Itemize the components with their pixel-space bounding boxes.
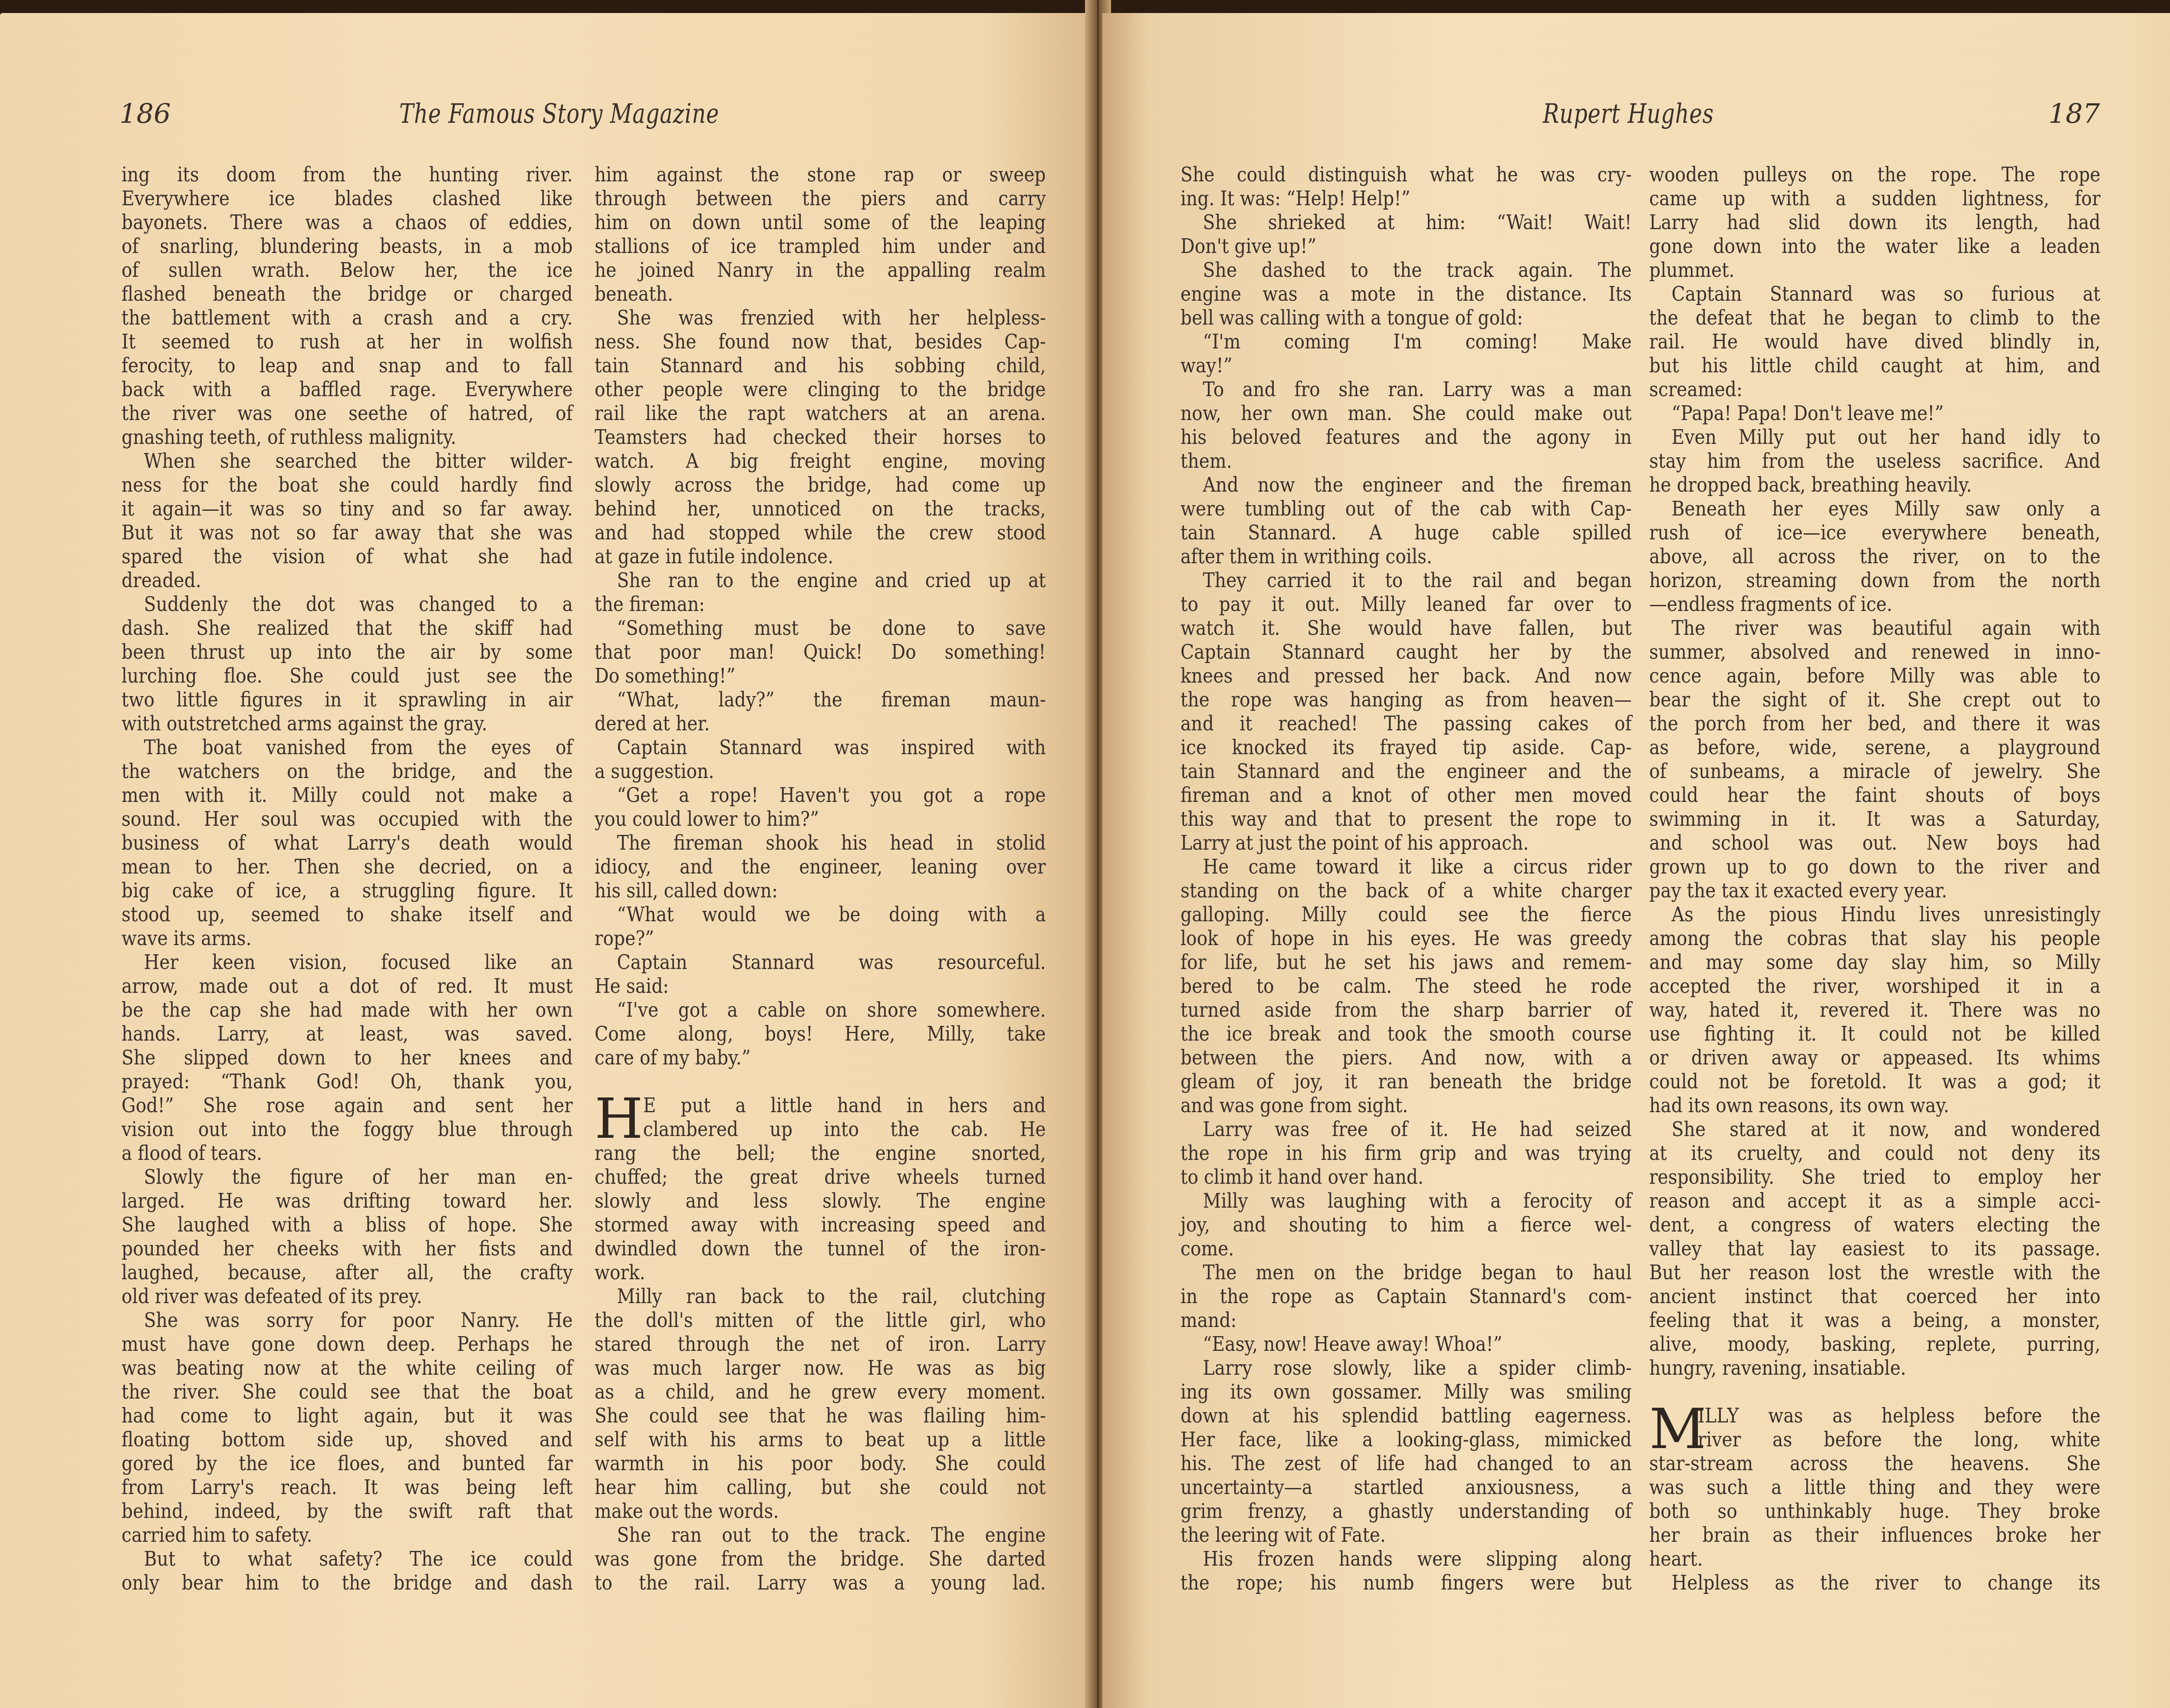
text-line: came up with a sudden lightness, for xyxy=(1649,187,2101,210)
text-line: grim frenzy, a ghastly understanding of xyxy=(1180,1499,1632,1523)
text-line: tain Stannard. A huge cable spilled xyxy=(1180,521,1632,545)
text-line: could not be foretold. It was a god; it xyxy=(1649,1070,2101,1094)
text-line: Captain Stannard was inspired with xyxy=(595,736,1046,759)
text-line: sound. Her soul was occupied with the xyxy=(122,807,573,831)
text-line: He came toward it like a circus rider xyxy=(1180,855,1632,879)
text-line: after them in writhing coils. xyxy=(1180,545,1632,568)
text-line: To and fro she ran. Larry was a man xyxy=(1180,378,1632,401)
text-line: floating bottom side up, shoved and xyxy=(122,1428,573,1452)
text-line: Even Milly put out her hand idly to xyxy=(1649,425,2101,449)
text-line: Larry at just the point of his approach. xyxy=(1180,831,1632,855)
text-line: grown up to go down to the river and xyxy=(1649,855,2101,879)
text-line: —endless fragments of ice. xyxy=(1649,592,2101,616)
text-line: and school was out. New boys had xyxy=(1649,831,2101,855)
running-head-left: The Famous Story Magazine xyxy=(399,98,719,129)
text-line: But to what safety? The ice could xyxy=(122,1547,573,1571)
text-line: dered at her. xyxy=(595,712,1046,736)
right-page-column-1: She could distinguish what he was cry-in… xyxy=(1180,163,1632,1595)
text-line: She ran to the engine and cried up at xyxy=(595,568,1046,592)
text-line: watch. A big freight engine, moving xyxy=(595,449,1046,473)
text-line: tain Stannard and his sobbing child, xyxy=(595,354,1046,378)
page-number-right: 187 xyxy=(2048,98,2100,129)
text-line: at its cruelty, and could not deny its xyxy=(1649,1141,2101,1165)
text-line: river as before the long, white xyxy=(1649,1428,2101,1452)
text-line: gone down into the water like a leaden xyxy=(1649,234,2101,258)
text-line: both so unthinkably huge. They broke xyxy=(1649,1499,2101,1523)
text-line: of sullen wrath. Below her, the ice xyxy=(122,258,573,282)
text-line: above, all across the river, on to the xyxy=(1649,545,2101,568)
text-line: for life, but he set his jaws and remem- xyxy=(1180,950,1632,974)
text-line: bear the sight of it. She crept out to xyxy=(1649,688,2101,712)
text-line: watch it. She would have fallen, but xyxy=(1180,616,1632,640)
text-line: the ice break and took the smooth course xyxy=(1180,1022,1632,1046)
text-line: “Get a rope! Haven't you got a rope xyxy=(595,783,1046,807)
text-line: two little figures in it sprawling in ai… xyxy=(122,688,573,712)
text-line: make out the words. xyxy=(595,1499,1046,1523)
text-line: other people were clinging to the bridge xyxy=(595,378,1046,401)
text-line: Her keen vision, focused like an xyxy=(122,950,573,974)
text-line: He said: xyxy=(595,974,1046,998)
text-line: plummet. xyxy=(1649,258,2101,282)
text-line: ing its own gossamer. Milly was smiling xyxy=(1180,1380,1632,1404)
text-line: the doll's mitten of the little girl, wh… xyxy=(595,1308,1046,1332)
text-line: vision out into the foggy blue through xyxy=(122,1117,573,1141)
text-line: prayed: “Thank God! Oh, thank you, xyxy=(122,1070,573,1094)
text-line: was such a little thing and they were xyxy=(1649,1475,2101,1499)
text-line: hands. Larry, at least, was saved. xyxy=(122,1022,573,1046)
text-line: the rope in his firm grip and was trying xyxy=(1180,1141,1632,1165)
text-line: When she searched the bitter wilder- xyxy=(122,449,573,473)
text-line: be the cap she had made with her own xyxy=(122,998,573,1022)
text-line: this way and that to present the rope to xyxy=(1180,807,1632,831)
text-line: They carried it to the rail and began xyxy=(1180,568,1632,592)
text-line: Come along, boys! Here, Milly, take xyxy=(595,1022,1046,1046)
text-line: stared through the net of iron. Larry xyxy=(595,1332,1046,1356)
text-line: swimming in it. It was a Saturday, xyxy=(1649,807,2101,831)
text-line: the river. She could see that the boat xyxy=(122,1380,573,1404)
text-line: Slowly the figure of her man en- xyxy=(122,1165,573,1189)
text-line: rope?” xyxy=(595,926,1046,950)
text-line: engine was a mote in the distance. Its xyxy=(1180,282,1632,306)
text-line: could hear the faint shouts of boys xyxy=(1649,783,2101,807)
text-line: “Something must be done to save xyxy=(595,616,1046,640)
text-line: laughed, because, after all, the crafty xyxy=(122,1261,573,1284)
text-line: of snarling, blundering beasts, in a mob xyxy=(122,234,573,258)
left-page: 186 The Famous Story Magazine ing its do… xyxy=(0,13,1094,1708)
text-line: gored by the ice floes, and bunted far xyxy=(122,1452,573,1475)
text-line: Larry had slid down its length, had xyxy=(1649,210,2101,234)
text-line: old river was defeated of its prey. xyxy=(122,1284,573,1308)
text-line: gleam of joy, it ran beneath the bridge xyxy=(1180,1070,1632,1094)
text-line: Captain Stannard was so furious at xyxy=(1649,282,2101,306)
text-line: She could see that he was flailing him- xyxy=(595,1404,1046,1428)
text-line: stood up, seemed to shake itself and xyxy=(122,903,573,926)
left-page-column-1: ing its doom from the hunting river.Ever… xyxy=(122,163,573,1595)
text-line: the porch from her bed, and there it was xyxy=(1649,712,2101,736)
text-line: business of what Larry's death would xyxy=(122,831,573,855)
text-line: a suggestion. xyxy=(595,759,1046,783)
text-line: from Larry's reach. It was being left xyxy=(122,1475,573,1499)
text-line: in the rope as Captain Stannard's com- xyxy=(1180,1284,1632,1308)
text-line: “What, lady?” the fireman maun- xyxy=(595,688,1046,712)
text-line: turned aside from the sharp barrier of xyxy=(1180,998,1632,1022)
text-line: and it reached! The passing cakes of xyxy=(1180,712,1632,736)
text-line: and had stopped while the crew stood xyxy=(595,521,1046,545)
text-line: horizon, streaming down from the north xyxy=(1649,568,2101,592)
text-line: behind her, unnoticed on the tracks, xyxy=(595,497,1046,521)
text-line: heart. xyxy=(1649,1547,2101,1571)
text-line: Beneath her eyes Milly saw only a xyxy=(1649,497,2101,521)
text-line: accepted the river, worshiped it in a xyxy=(1649,974,2101,998)
text-line: His frozen hands were slipping along xyxy=(1180,1547,1632,1571)
text-line: work. xyxy=(595,1261,1046,1284)
text-line: the leering wit of Fate. xyxy=(1180,1523,1632,1547)
text-line: She shrieked at him: “Wait! Wait! xyxy=(1180,210,1632,234)
text-line: summer, absolved and renewed in inno- xyxy=(1649,640,2101,664)
text-line: as a child, and he grew every moment. xyxy=(595,1380,1046,1404)
text-line: Her face, like a looking-glass, mimicked xyxy=(1180,1428,1632,1452)
text-line: was much larger now. He was as big xyxy=(595,1356,1046,1380)
text-line: The men on the bridge began to haul xyxy=(1180,1261,1632,1284)
text-line: slowly across the bridge, had come up xyxy=(595,473,1046,497)
text-line: him on down until some of the leaping xyxy=(595,210,1046,234)
text-line: the river was one seethe of hatred, of xyxy=(122,401,573,425)
text-line: dent, a congress of waters electing the xyxy=(1649,1213,2101,1237)
text-line: The fireman shook his head in stolid xyxy=(595,831,1046,855)
text-line: dash. She realized that the skiff had xyxy=(122,616,573,640)
text-line: was gone from the bridge. She darted xyxy=(595,1547,1046,1571)
text-line: way, hated it, revered it. There was no xyxy=(1649,998,2101,1022)
text-line: slowly and less slowly. The engine xyxy=(595,1189,1046,1213)
text-line: E put a little hand in hers and xyxy=(595,1094,1046,1117)
text-line: joy, and shouting to him a fierce wel- xyxy=(1180,1213,1632,1237)
running-head-right: Rupert Hughes xyxy=(1543,98,1714,129)
text-line: “Easy, now! Heave away! Whoa!” xyxy=(1180,1332,1632,1356)
text-line: ness. She found now that, besides Cap- xyxy=(595,330,1046,354)
text-line: that poor man! Quick! Do something! xyxy=(595,640,1046,664)
text-line: them. xyxy=(1180,449,1632,473)
text-line: must have gone down deep. Perhaps he xyxy=(122,1332,573,1356)
text-line: had come to light again, but it was xyxy=(122,1404,573,1428)
text-line: ice knocked its frayed tip aside. Cap- xyxy=(1180,736,1632,759)
text-line: only bear him to the bridge and dash xyxy=(122,1571,573,1595)
text-line: galloping. Milly could see the fierce xyxy=(1180,903,1632,926)
text-line: mean to her. Then she decried, on a xyxy=(122,855,573,879)
text-line: and was gone from sight. xyxy=(1180,1094,1632,1117)
text-line: but his little child caught at him, and xyxy=(1649,354,2101,378)
text-line: the watchers on the bridge, and the xyxy=(122,759,573,783)
text-line: Larry rose slowly, like a spider climb- xyxy=(1180,1356,1632,1380)
text-line: She was sorry for poor Nanry. He xyxy=(122,1308,573,1332)
text-line: or driven away or appeased. Its whims xyxy=(1649,1046,2101,1070)
text-line: his sill, called down: xyxy=(595,879,1046,903)
text-line: the battlement with a crash and a cry. xyxy=(122,306,573,330)
text-line: rail. He would have dived blindly in, xyxy=(1649,330,2101,354)
text-line: now, her own man. She could make out xyxy=(1180,401,1632,425)
text-line: idiocy, and the engineer, leaning over xyxy=(595,855,1046,879)
text-line: were tumbling out of the cab with Cap- xyxy=(1180,497,1632,521)
text-line: rush of ice—ice everywhere beneath, xyxy=(1649,521,2101,545)
text-line: uncertainty—a startled anxiousness, a xyxy=(1180,1475,1632,1499)
text-line: his beloved features and the agony in xyxy=(1180,425,1632,449)
magazine-spread: 186 The Famous Story Magazine ing its do… xyxy=(0,0,2170,1708)
text-line: And now the engineer and the fireman xyxy=(1180,473,1632,497)
text-line: lurching floe. She could just see the xyxy=(122,664,573,688)
text-line: “I'm coming I'm coming! Make xyxy=(1180,330,1632,354)
text-line: it again—it was so tiny and so far away. xyxy=(122,497,573,521)
text-line: rang the bell; the engine snorted, xyxy=(595,1141,1046,1165)
text-line: a flood of tears. xyxy=(122,1141,573,1165)
text-line: arrow, made out a dot of red. It must xyxy=(122,974,573,998)
text-line: She slipped down to her knees and xyxy=(122,1046,573,1070)
text-line: She dashed to the track again. The xyxy=(1180,258,1632,282)
text-line: Everywhere ice blades clashed like xyxy=(122,187,573,210)
text-line: her brain as their influences broke her xyxy=(1649,1523,2101,1547)
text-line: wave its arms. xyxy=(122,926,573,950)
text-line: back with a baffled rage. Everywhere xyxy=(122,378,573,401)
text-line: spared the vision of what she had xyxy=(122,545,573,568)
text-line: men with it. Milly could not make a xyxy=(122,783,573,807)
text-line: Larry was free of it. He had seized xyxy=(1180,1117,1632,1141)
text-line: was beating now at the white ceiling of xyxy=(122,1356,573,1380)
text-line: She could distinguish what he was cry- xyxy=(1180,163,1632,187)
text-line: he joined Nanry in the appalling realm xyxy=(595,258,1046,282)
text-line: and may some day slay him, so Milly xyxy=(1649,950,2101,974)
text-line: hear him calling, but she could not xyxy=(595,1475,1046,1499)
text-line: Milly ran back to the rail, clutching xyxy=(595,1284,1046,1308)
text-line: star-stream across the heavens. She xyxy=(1649,1452,2101,1475)
text-line: Don't give up!” xyxy=(1180,234,1632,258)
text-line: pay the tax it exacted every year. xyxy=(1649,879,2101,903)
text-line: bell was calling with a tongue of gold: xyxy=(1180,306,1632,330)
text-line: She was frenzied with her helpless- xyxy=(595,306,1046,330)
text-line: to pay it out. Milly leaned far over to xyxy=(1180,592,1632,616)
text-line: you could lower to him?” xyxy=(595,807,1046,831)
text-line: among the cobras that slay his people xyxy=(1649,926,2101,950)
text-line: rail like the rapt watchers at an arena. xyxy=(595,401,1046,425)
text-line: Captain Stannard was resourceful. xyxy=(595,950,1046,974)
text-line: She ran out to the track. The engine xyxy=(595,1523,1046,1547)
text-line: the rope was hanging as from heaven— xyxy=(1180,688,1632,712)
text-line: his. The zest of life had changed to an xyxy=(1180,1452,1632,1475)
text-line: carried him to safety. xyxy=(122,1523,573,1547)
text-line: down at his splendid battling eagerness. xyxy=(1180,1404,1632,1428)
text-line: stallions of ice trampled him under and xyxy=(595,234,1046,258)
text-line: Do something!” xyxy=(595,664,1046,688)
text-line: screamed: xyxy=(1649,378,2101,401)
text-line: way!” xyxy=(1180,354,1632,378)
text-line: warmth in his poor body. She could xyxy=(595,1452,1046,1475)
text-line: the fireman: xyxy=(595,592,1046,616)
text-line: She stared at it now, and wondered xyxy=(1649,1117,2101,1141)
text-line: beneath. xyxy=(595,282,1046,306)
text-line: with outstretched arms against the gray. xyxy=(122,712,573,736)
text-line: She laughed with a bliss of hope. She xyxy=(122,1213,573,1237)
text-line: But her reason lost the wrestle with the xyxy=(1649,1261,2101,1284)
text-line: chuffed; the great drive wheels turned xyxy=(595,1165,1046,1189)
text-line: flashed beneath the bridge or charged xyxy=(122,282,573,306)
text-line: behind, indeed, by the swift raft that xyxy=(122,1499,573,1523)
text-line: Helpless as the river to change its xyxy=(1649,1571,2101,1595)
section-opening: HE put a little hand in hers andclambere… xyxy=(595,1094,1046,1141)
text-line: knees and pressed her back. And now xyxy=(1180,664,1632,688)
text-line: ing. It was: “Help! Help!” xyxy=(1180,187,1632,210)
text-line: to the rail. Larry was a young lad. xyxy=(595,1571,1046,1595)
text-line: tain Stannard and the engineer and the xyxy=(1180,759,1632,783)
text-line: larged. He was drifting toward her. xyxy=(122,1189,573,1213)
text-line: ferocity, to leap and snap and to fall xyxy=(122,354,573,378)
text-line: fireman and a knot of other men moved xyxy=(1180,783,1632,807)
text-line: look of hope in his eyes. He was greedy xyxy=(1180,926,1632,950)
text-line: big cake of ice, a struggling figure. It xyxy=(122,879,573,903)
left-page-column-2: him against the stone rap or sweepthroug… xyxy=(595,163,1046,1595)
text-line: reason and accept it as a simple acci- xyxy=(1649,1189,2101,1213)
text-line: Captain Stannard caught her by the xyxy=(1180,640,1632,664)
section-break xyxy=(1649,1380,2101,1404)
text-line: wooden pulleys on the rope. The rope xyxy=(1649,163,2101,187)
text-line: standing on the back of a white charger xyxy=(1180,879,1632,903)
text-line: Suddenly the dot was changed to a xyxy=(122,592,573,616)
text-line: valley that lay easiest to its passage. xyxy=(1649,1237,2101,1261)
text-line: ancient instinct that coerced her into xyxy=(1649,1284,2101,1308)
text-line: bered to be calm. The steed he rode xyxy=(1180,974,1632,998)
text-line: feeling that it was a being, a monster, xyxy=(1649,1308,2101,1332)
text-line: alive, moody, basking, replete, purring, xyxy=(1649,1332,2101,1356)
text-line: to climb it hand over hand. xyxy=(1180,1165,1632,1189)
text-line: responsibility. She tried to employ her xyxy=(1649,1165,2101,1189)
text-line: dwindled down the tunnel of the iron- xyxy=(595,1237,1046,1261)
text-line: hungry, ravening, insatiable. xyxy=(1649,1356,2101,1380)
text-line: as before, wide, serene, a playground xyxy=(1649,736,2101,759)
text-line: stormed away with increasing speed and xyxy=(595,1213,1046,1237)
text-line: clambered up into the cab. He xyxy=(595,1117,1046,1141)
text-line: gnashing teeth, of ruthless malignity. xyxy=(122,425,573,449)
text-line: cence again, before Milly was able to xyxy=(1649,664,2101,688)
text-line: he dropped back, breathing heavily. xyxy=(1649,473,2101,497)
text-line: between the piers. And now, with a xyxy=(1180,1046,1632,1070)
section-break xyxy=(595,1070,1046,1094)
text-line: The boat vanished from the eyes of xyxy=(122,736,573,759)
text-line: Milly was laughing with a ferocity of xyxy=(1180,1189,1632,1213)
text-line: bayonets. There was a chaos of eddies, xyxy=(122,210,573,234)
text-line: at gaze in futile indolence. xyxy=(595,545,1046,568)
text-line: It seemed to rush at her in wolfish xyxy=(122,330,573,354)
text-line: through between the piers and carry xyxy=(595,187,1046,210)
text-line: ing its doom from the hunting river. xyxy=(122,163,573,187)
text-line: use fighting it. It could not be killed xyxy=(1649,1022,2101,1046)
text-line: care of my baby.” xyxy=(595,1046,1046,1070)
text-line: dreaded. xyxy=(122,568,573,592)
text-line: of sunbeams, a miracle of jewelry. She xyxy=(1649,759,2101,783)
text-line: come. xyxy=(1180,1237,1632,1261)
page-number-left: 186 xyxy=(119,98,171,129)
text-line: “What would we be doing with a xyxy=(595,903,1046,926)
text-line: the defeat that he began to climb to the xyxy=(1649,306,2101,330)
text-line: mand: xyxy=(1180,1308,1632,1332)
text-line: Teamsters had checked their horses to xyxy=(595,425,1046,449)
text-line: The river was beautiful again with xyxy=(1649,616,2101,640)
text-line: ness for the boat she could hardly find xyxy=(122,473,573,497)
right-page: Rupert Hughes 187 She could distinguish … xyxy=(1102,13,2170,1708)
text-line: “Papa! Papa! Don't leave me!” xyxy=(1649,401,2101,425)
text-line: pounded her cheeks with her fists and xyxy=(122,1237,573,1261)
text-line: God!” She rose again and sent her xyxy=(122,1094,573,1117)
text-line: As the pious Hindu lives unresistingly xyxy=(1649,903,2101,926)
text-line: self with his arms to beat up a little xyxy=(595,1428,1046,1452)
text-line: been thrust up into the air by some xyxy=(122,640,573,664)
section-opening: MILLY was as helpless before theriver as… xyxy=(1649,1404,2101,1452)
text-line: had its own reasons, its own way. xyxy=(1649,1094,2101,1117)
text-line: “I've got a cable on shore somewhere. xyxy=(595,998,1046,1022)
text-line: ILLY was as helpless before the xyxy=(1649,1404,2101,1428)
text-line: stay him from the useless sacrifice. And xyxy=(1649,449,2101,473)
text-line: him against the stone rap or sweep xyxy=(595,163,1046,187)
text-line: But it was not so far away that she was xyxy=(122,521,573,545)
text-line: the rope; his numb fingers were but xyxy=(1180,1571,1632,1595)
right-page-column-2: wooden pulleys on the rope. The ropecame… xyxy=(1649,163,2101,1595)
